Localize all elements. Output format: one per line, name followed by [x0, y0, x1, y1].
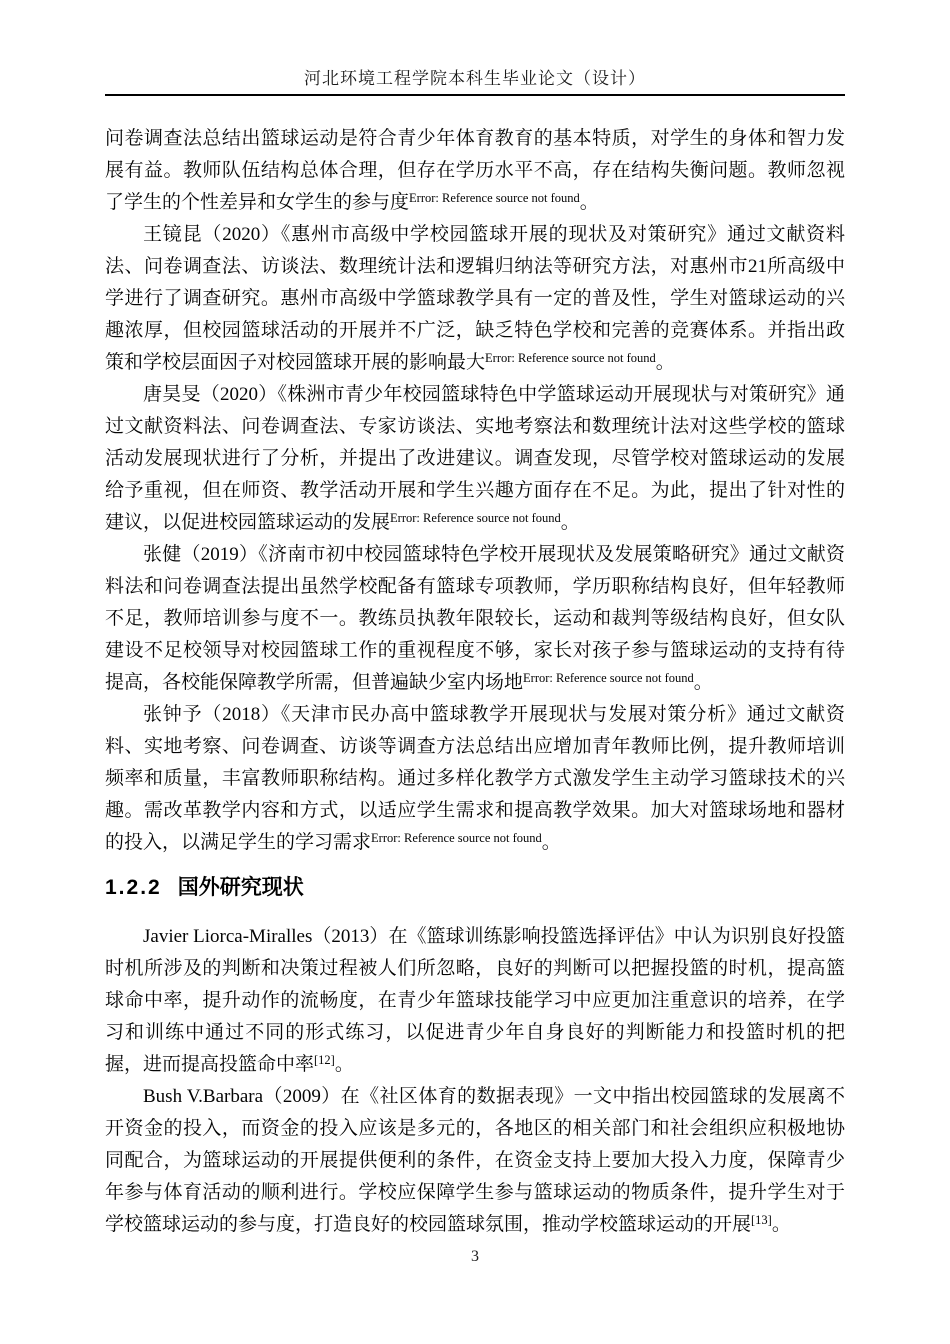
- page-number: 3: [471, 1248, 479, 1265]
- paragraph: 王镜昆（2020）《惠州市高级中学校园篮球开展的现状及对策研究》通过文献资料法、…: [105, 219, 845, 379]
- error-reference-note: Error: Reference source not found: [485, 351, 656, 365]
- section-heading: 1.2.2国外研究现状: [105, 872, 845, 904]
- paragraph-text: Javier Liorca-Miralles（2013）在《篮球训练影响投篮选择…: [105, 926, 845, 1075]
- paragraph-text: 王镜昆（2020）《惠州市高级中学校园篮球开展的现状及对策研究》通过文献资料法、…: [105, 224, 845, 373]
- paragraph-text: 。: [335, 1054, 354, 1075]
- document-body: 问卷调查法总结出篮球运动是符合青少年体育教育的基本特质，对学生的身体和智力发展有…: [105, 123, 845, 1241]
- paragraph-text: 。: [580, 192, 599, 213]
- paragraph-text: 。: [772, 1214, 791, 1235]
- paragraph-text: 。: [542, 832, 561, 853]
- page-header: 河北环境工程学院本科生毕业论文（设计）: [105, 0, 845, 96]
- paragraph-text: 。: [694, 672, 713, 693]
- paragraph: 张健（2019）《济南市初中校园篮球特色学校开展现状及发展策略研究》通过文献资料…: [105, 539, 845, 699]
- paragraph-text: 张健（2019）《济南市初中校园篮球特色学校开展现状及发展策略研究》通过文献资料…: [105, 544, 845, 693]
- document-page: 河北环境工程学院本科生毕业论文（设计） 问卷调查法总结出篮球运动是符合青少年体育…: [0, 0, 950, 1344]
- error-reference-note: Error: Reference source not found: [390, 511, 561, 525]
- page-footer: 3: [0, 1248, 950, 1266]
- error-reference-note: Error: Reference source not found: [523, 671, 694, 685]
- paragraph: 问卷调查法总结出篮球运动是符合青少年体育教育的基本特质，对学生的身体和智力发展有…: [105, 123, 845, 219]
- paragraph-text: 。: [656, 352, 675, 373]
- paragraph-text: 。: [561, 512, 580, 533]
- citation-superscript: [12]: [314, 1053, 335, 1067]
- section-heading-title: 国外研究现状: [178, 876, 304, 899]
- paragraph: 张钟予（2018）《天津市民办高中篮球教学开展现状与发展对策分析》通过文献资料、…: [105, 699, 845, 859]
- paragraph: Bush V.Barbara（2009）在《社区体育的数据表现》一文中指出校园篮…: [105, 1081, 845, 1241]
- citation-superscript: [13]: [751, 1213, 772, 1227]
- paragraph-text: Bush V.Barbara（2009）在《社区体育的数据表现》一文中指出校园篮…: [105, 1086, 845, 1235]
- paragraph: Javier Liorca-Miralles（2013）在《篮球训练影响投篮选择…: [105, 921, 845, 1081]
- error-reference-note: Error: Reference source not found: [409, 191, 580, 205]
- header-title: 河北环境工程学院本科生毕业论文（设计）: [304, 69, 646, 88]
- error-reference-note: Error: Reference source not found: [371, 831, 542, 845]
- section-heading-number: 1.2.2: [105, 876, 162, 899]
- paragraph: 唐昊旻（2020）《株洲市青少年校园篮球特色中学篮球运动开展现状与对策研究》通过…: [105, 379, 845, 539]
